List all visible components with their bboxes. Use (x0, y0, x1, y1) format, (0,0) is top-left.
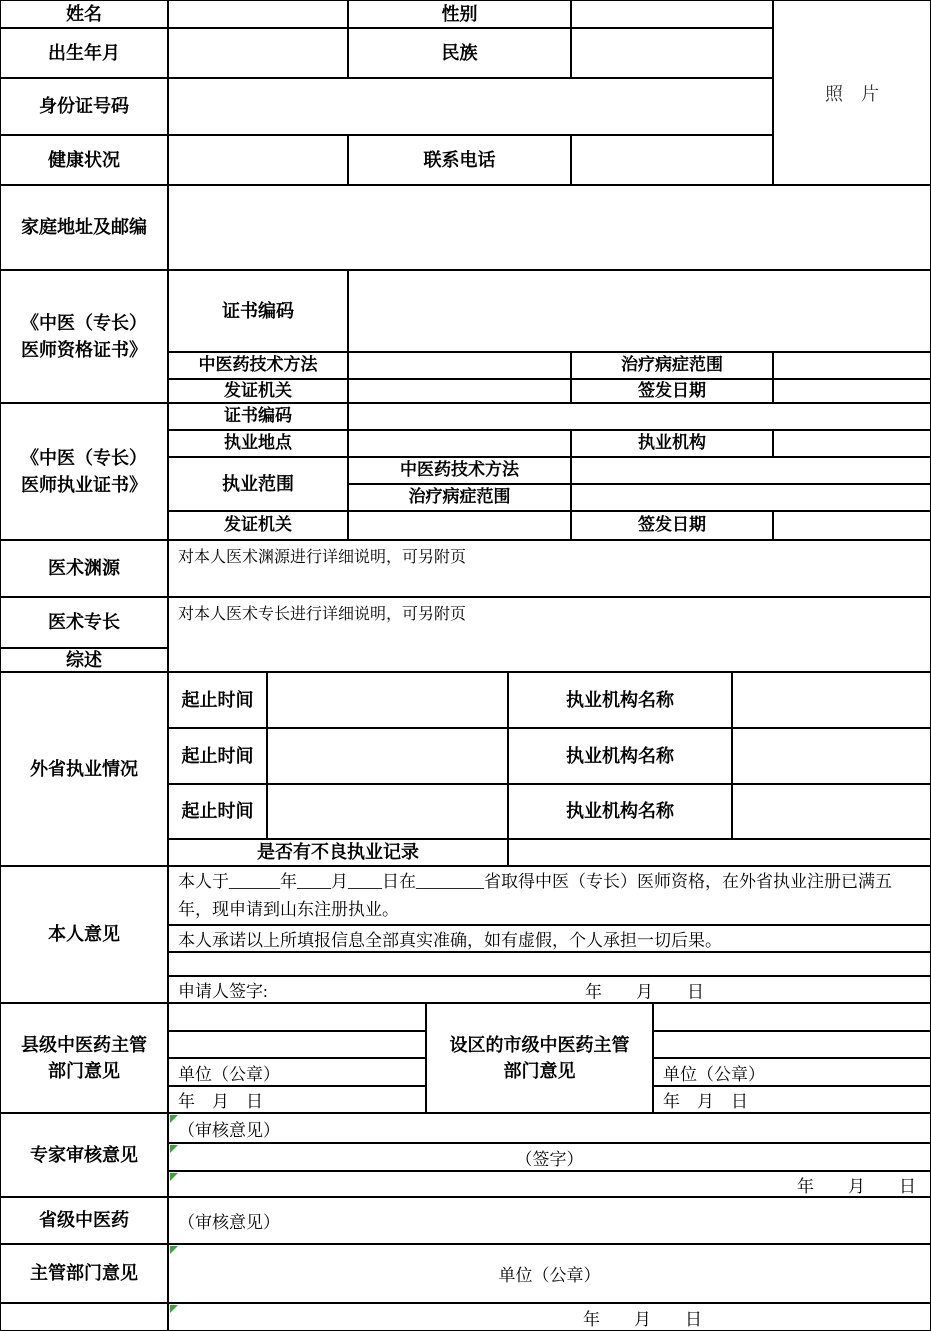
org-name-label-3: 执业机构名称 (508, 784, 732, 839)
expert-date-text: 年 月 日 (797, 1172, 916, 1197)
qual-cert-no-field[interactable] (348, 270, 931, 352)
province-seal-text: 单位（公章） (499, 1261, 601, 1286)
label-line: 部门意见 (48, 1058, 120, 1084)
self-opinion-label: 本人意见 (0, 866, 168, 1003)
applicant-sign-row[interactable]: 申请人签字: 年 月 日 (168, 976, 931, 1003)
label-line: 《中医（专长） (21, 445, 147, 471)
error-marker-icon (170, 1246, 178, 1254)
prac-tcm-method-field[interactable] (571, 457, 931, 484)
period-label-2: 起止时间 (168, 728, 267, 784)
qual-issue-date-field[interactable] (773, 379, 931, 403)
period-field-3[interactable] (267, 784, 508, 839)
org-name-label-1: 执业机构名称 (508, 672, 732, 728)
specialty-summary-label: 综述 (0, 648, 168, 672)
province-seal-field[interactable]: 单位（公章） (168, 1244, 931, 1303)
qual-issue-date-label: 签发日期 (571, 379, 773, 403)
city-date-label: 年 月 日 (653, 1086, 931, 1113)
county-date-label: 年 月 日 (168, 1086, 426, 1113)
applicant-sign-label: 申请人签字: (178, 977, 268, 1002)
name-field[interactable] (168, 0, 348, 28)
prac-tcm-method-label: 中医药技术方法 (348, 457, 571, 484)
label-line: 设区的市级中医药主管 (450, 1032, 630, 1058)
label-line: 医师资格证书》 (21, 337, 147, 363)
id-number-field[interactable] (168, 78, 773, 135)
expert-date-field[interactable]: 年 月 日 (168, 1171, 931, 1197)
qual-cert-section-label: 《中医（专长） 医师资格证书》 (0, 270, 168, 403)
error-marker-icon (170, 1115, 178, 1123)
bad-record-label: 是否有不良执业记录 (168, 839, 508, 866)
self-opinion-statement: 本人于______年____月____日在________省取得中医（专长）医师… (168, 866, 931, 925)
applicant-sign-date: 年 月 日 (585, 977, 704, 1002)
expert-review-hint: （审核意见） (178, 1116, 280, 1141)
qual-treat-scope-field[interactable] (773, 352, 931, 379)
qual-cert-no-label: 证书编码 (168, 270, 348, 352)
prac-place-label: 执业地点 (168, 430, 348, 457)
label-line: 《中医（专长） (21, 310, 147, 336)
birth-field[interactable] (168, 28, 348, 78)
province-blank-cell (0, 1303, 168, 1331)
prac-org-field[interactable] (773, 430, 931, 457)
phone-label: 联系电话 (348, 135, 571, 185)
city-opinion-field-2[interactable] (653, 1031, 931, 1058)
specialty-label: 医术专长 (0, 597, 168, 648)
prac-treat-scope-field[interactable] (571, 484, 931, 511)
period-field-2[interactable] (267, 728, 508, 784)
birth-label: 出生年月 (0, 28, 168, 78)
error-marker-icon (170, 1305, 178, 1313)
address-field[interactable] (168, 185, 931, 270)
prac-org-label: 执业机构 (571, 430, 773, 457)
prac-issue-date-label: 签发日期 (571, 511, 773, 540)
period-field-1[interactable] (267, 672, 508, 728)
qual-treat-scope-label: 治疗病症范围 (571, 352, 773, 379)
city-dept-label: 设区的市级中医药主管 部门意见 (426, 1003, 653, 1113)
province-date-text: 年 月 日 (583, 1305, 702, 1330)
province-dept-label-bottom: 主管部门意见 (0, 1244, 168, 1303)
prac-place-field[interactable] (348, 430, 571, 457)
province-dept-label-top: 省级中医药 (0, 1197, 168, 1244)
gender-label: 性别 (348, 0, 571, 28)
org-name-field-2[interactable] (732, 728, 931, 784)
expert-sign-hint: （签字） (516, 1145, 584, 1170)
specialty-field[interactable]: 对本人医术专长进行详细说明，可另附页 (168, 597, 931, 672)
prac-cert-section-label: 《中医（专长） 医师执业证书》 (0, 403, 168, 540)
county-opinion-field[interactable] (168, 1003, 426, 1031)
label-line: 医师执业证书》 (21, 472, 147, 498)
label-line: 县级中医药主管 (21, 1032, 147, 1058)
expert-review-label: 专家审核意见 (0, 1113, 168, 1197)
prac-cert-no-label: 证书编码 (168, 403, 348, 430)
address-label: 家庭地址及邮编 (0, 185, 168, 270)
self-opinion-blank-row[interactable] (168, 952, 931, 976)
ethnicity-field[interactable] (571, 28, 773, 78)
prac-issuer-label: 发证机关 (168, 511, 348, 540)
label-line: 部门意见 (504, 1058, 576, 1084)
prac-issue-date-field[interactable] (773, 511, 931, 540)
city-opinion-field[interactable] (653, 1003, 931, 1031)
org-name-label-2: 执业机构名称 (508, 728, 732, 784)
health-label: 健康状况 (0, 135, 168, 185)
bad-record-field[interactable] (508, 839, 931, 866)
origin-label: 医术渊源 (0, 540, 168, 597)
ethnicity-label: 民族 (348, 28, 571, 78)
error-marker-icon (170, 1173, 178, 1181)
qual-tcm-method-label: 中医药技术方法 (168, 352, 348, 379)
org-name-field-3[interactable] (732, 784, 931, 839)
province-date-field[interactable]: 年 月 日 (168, 1303, 931, 1331)
county-dept-label: 县级中医药主管 部门意见 (0, 1003, 168, 1113)
prac-treat-scope-label: 治疗病症范围 (348, 484, 571, 511)
county-seal-label: 单位（公章） (168, 1058, 426, 1086)
period-label-1: 起止时间 (168, 672, 267, 728)
period-label-3: 起止时间 (168, 784, 267, 839)
qual-issuer-field[interactable] (348, 379, 571, 403)
expert-review-field[interactable]: （审核意见） (168, 1113, 931, 1143)
city-seal-label: 单位（公章） (653, 1058, 931, 1086)
name-label: 姓名 (0, 0, 168, 28)
prac-issuer-field[interactable] (348, 511, 571, 540)
photo-label: 照 片 (825, 80, 879, 106)
id-number-label: 身份证号码 (0, 78, 168, 135)
province-review-field[interactable]: （审核意见） (168, 1197, 931, 1244)
gender-field[interactable] (571, 0, 773, 28)
phone-field[interactable] (571, 135, 773, 185)
expert-sign-field[interactable]: （签字） (168, 1143, 931, 1171)
error-marker-icon (170, 1145, 178, 1153)
qual-issuer-label: 发证机关 (168, 379, 348, 403)
origin-field[interactable]: 对本人医术渊源进行详细说明，可另附页 (168, 540, 931, 597)
photo-box[interactable]: 照 片 (773, 0, 931, 185)
out-province-label: 外省执业情况 (0, 672, 168, 866)
qual-tcm-method-field[interactable] (348, 352, 571, 379)
self-opinion-promise: 本人承诺以上所填报信息全部真实准确，如有虚假，个人承担一切后果。 (168, 925, 931, 952)
registration-form: 姓名 性别 照 片 出生年月 民族 身份证号码 健康状况 联系电话 家庭地址及邮… (0, 0, 931, 1331)
county-opinion-field-2[interactable] (168, 1031, 426, 1058)
health-field[interactable] (168, 135, 348, 185)
prac-cert-no-field[interactable] (348, 403, 931, 430)
org-name-field-1[interactable] (732, 672, 931, 728)
prac-scope-label: 执业范围 (168, 457, 348, 511)
